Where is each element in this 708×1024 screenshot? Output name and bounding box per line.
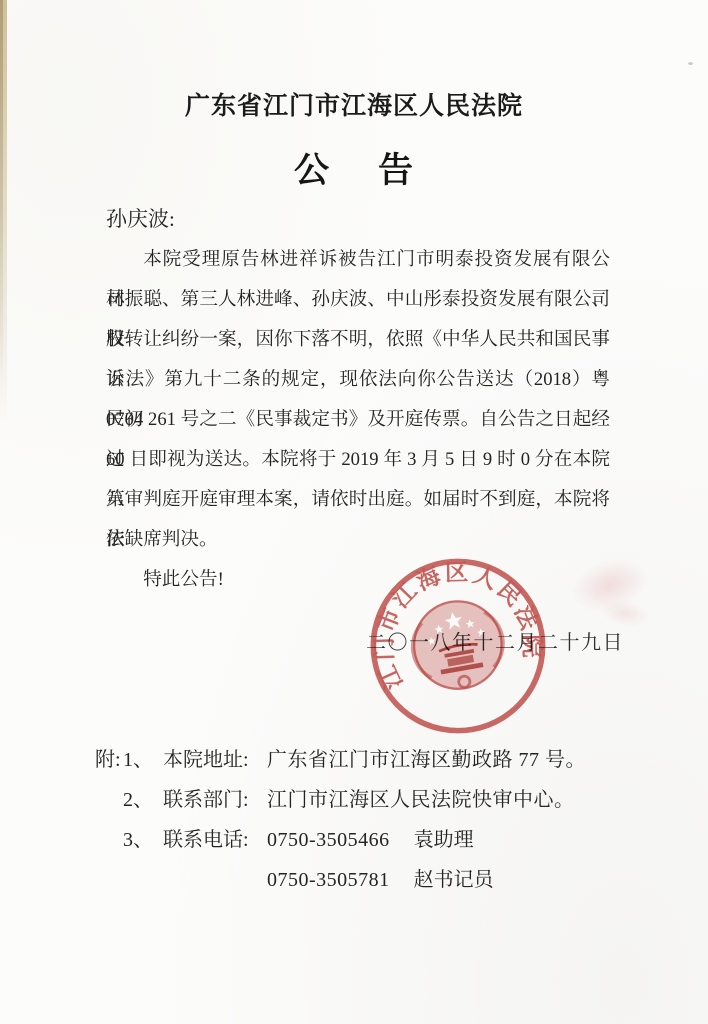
item-number: 3、: [123, 827, 163, 854]
notice-title: 公告: [0, 143, 708, 193]
body-line: 八审判庭开庭审理本案，请依时出庭。如届时不到庭，本院将依: [106, 480, 610, 520]
ink-smudge: [598, 596, 652, 630]
notice-body: 本院受理原告林进祥诉被告江门市明泰投资发展有限公司、 林振聪、第三人林进峰、孙庆…: [106, 240, 610, 600]
addressee: 孙庆波:: [106, 203, 175, 233]
court-name-heading: 广东省江门市江海区人民法院: [0, 86, 708, 122]
item-key: 联系部门:: [163, 787, 267, 814]
attachment-row: 2、 联系部门: 江门市江海区人民法院快审中心。: [95, 787, 610, 827]
item-value: 0750-3505781: [267, 867, 390, 894]
body-line: 讼法》第九十二条的规定，现依法向你公告送达（2018）粤 0704: [106, 360, 610, 400]
contact-person: 袁助理: [414, 827, 474, 854]
court-seal-graphic: 江门市江海区人民法院: [365, 553, 551, 739]
body-line: 权转让纠纷一案，因你下落不明，依照《中华人民共和国民事诉: [106, 320, 610, 360]
body-line: 林振聪、第三人林进峰、孙庆波、中山彤泰投资发展有限公司股: [106, 280, 610, 320]
item-number: 2、: [123, 787, 163, 814]
item-key: 本院地址:: [163, 747, 267, 774]
body-line: 本院受理原告林进祥诉被告江门市明泰投资发展有限公司、: [106, 240, 610, 280]
item-value: 0750-3505466: [267, 827, 390, 854]
attachment-label: 附:: [95, 747, 123, 774]
item-value: 江门市江海区人民法院快审中心。: [267, 787, 575, 814]
scanned-court-notice-page: 广东省江门市江海区人民法院 公告 孙庆波: 本院受理原告林进祥诉被告江门市明泰投…: [0, 0, 708, 1024]
contact-person: 赵书记员: [414, 867, 494, 894]
scan-speck: [688, 62, 693, 65]
body-line: 60 日即视为送达。本院将于 2019 年 3 月 5 日 9 时 0 分在本院…: [106, 440, 610, 480]
attachment-row: 3、 联系电话: 0750-3505466 袁助理: [95, 827, 610, 867]
attachment-row: 0750-3505781 赵书记员: [95, 867, 610, 907]
item-key: 联系电话:: [163, 827, 267, 854]
item-number: 1、: [123, 747, 163, 774]
scan-edge-artifact: [0, 0, 7, 430]
court-seal: 江门市江海区人民法院: [365, 553, 551, 739]
national-emblem-icon: [406, 594, 510, 696]
item-value: 广东省江门市江海区勤政路 77 号。: [267, 747, 586, 774]
attachment-list: 附: 1、 本院地址: 广东省江门市江海区勤政路 77 号。 2、 联系部门: …: [95, 747, 610, 907]
attachment-row: 附: 1、 本院地址: 广东省江门市江海区勤政路 77 号。: [95, 747, 610, 787]
body-line: 民初 261 号之二《民事裁定书》及开庭传票。自公告之日起经过: [106, 400, 610, 440]
